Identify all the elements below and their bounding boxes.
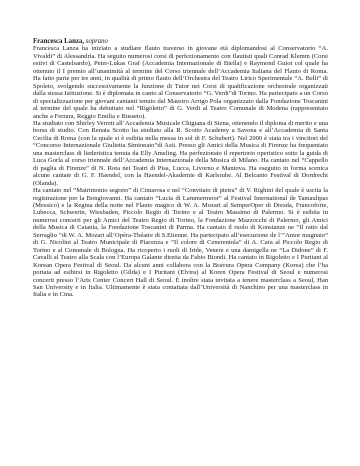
document-page: Francesca Lanza, soprano Francesca Lanza… [0, 0, 360, 466]
person-role: soprano [86, 38, 108, 45]
document-title: Francesca Lanza, soprano [33, 38, 328, 45]
biography-text-block: Francesca Lanza, soprano Francesca Lanza… [33, 38, 328, 299]
person-name: Francesca Lanza, [33, 38, 84, 45]
bio-paragraph-3: Ha cantato nel “Matrimonio segreto” di C… [33, 187, 328, 299]
bio-paragraph-2: Ha studiato con Shirley Verrett all’Acca… [33, 120, 328, 187]
bio-paragraph-1: Francesca Lanza ha iniziato a studiare f… [33, 45, 328, 120]
